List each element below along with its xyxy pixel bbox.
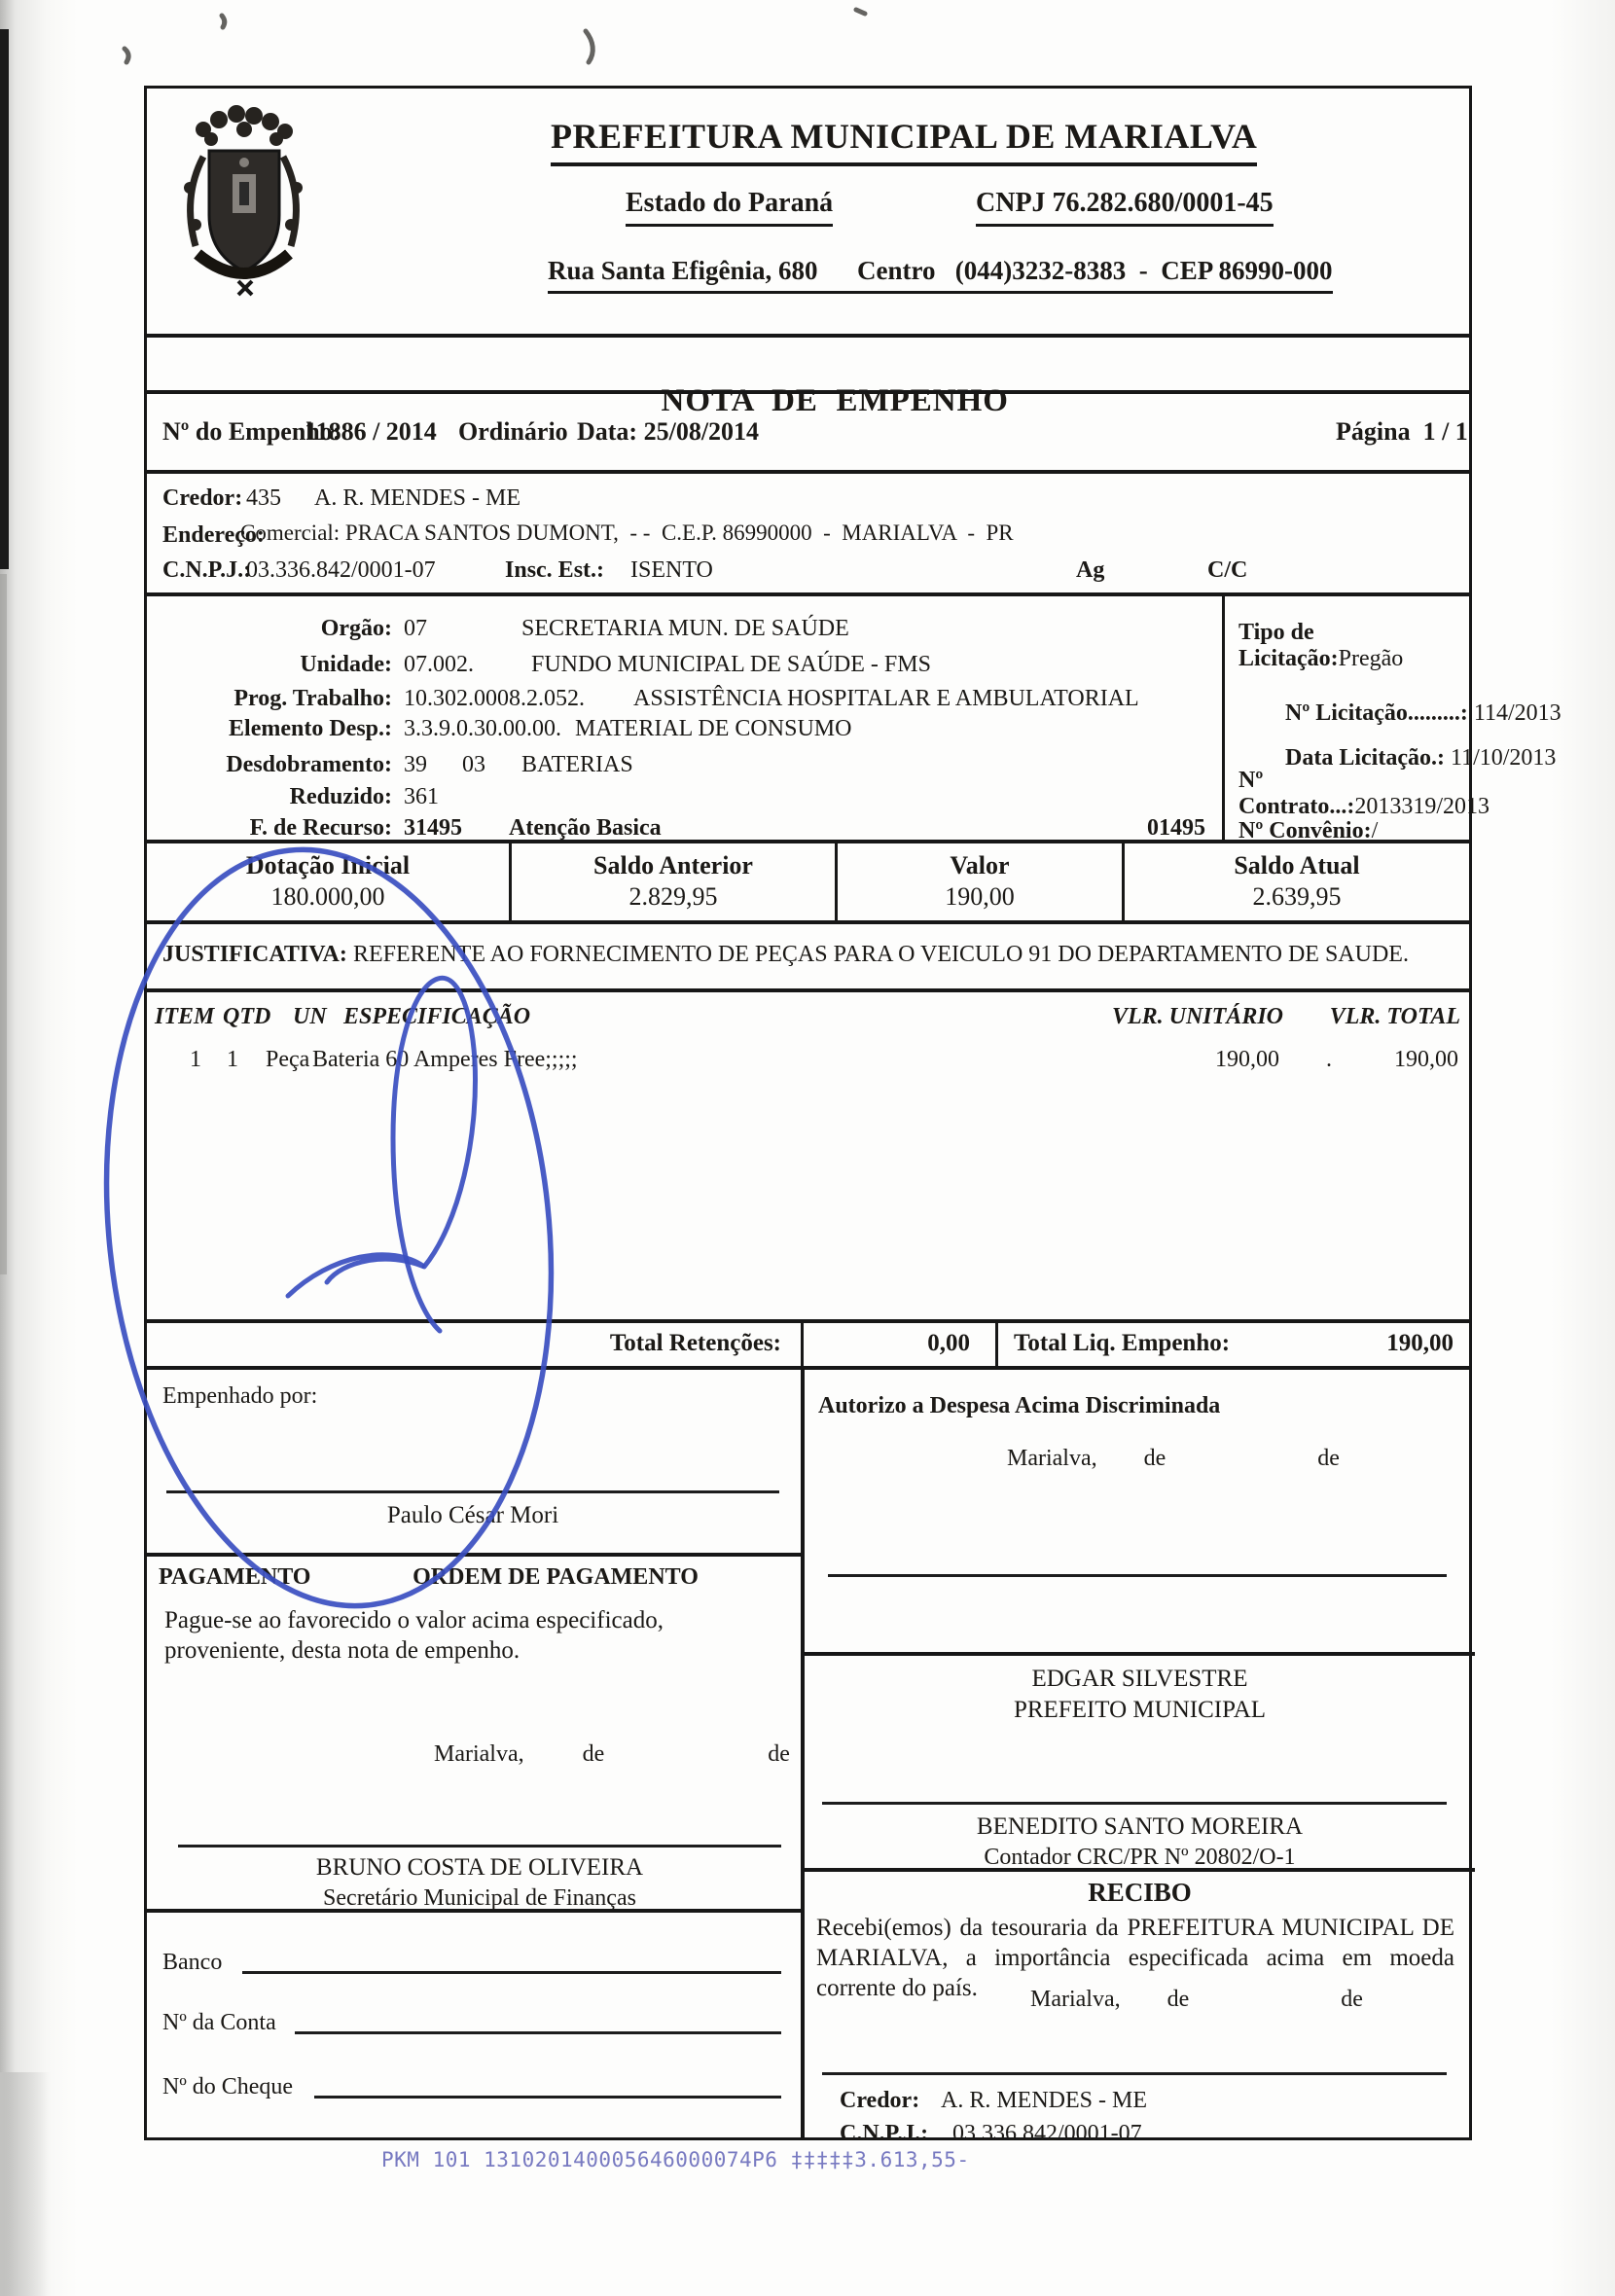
elemento-code: 3.3.9.0.30.00.00. <box>404 716 561 742</box>
left-divider-2 <box>147 1909 801 1913</box>
item-vlr-unitario: 190,00 <box>1120 1047 1279 1073</box>
credor-name: A. R. MENDES - ME <box>314 485 520 512</box>
column-divider <box>801 1370 805 2137</box>
pague-se-text: Pague-se ao favorecido o valor acima esp… <box>164 1605 787 1666</box>
saldo-atual-cell: Saldo Atual 2.639,95 <box>1122 843 1469 920</box>
recibo-credor-value: A. R. MENDES - ME <box>941 2088 1147 2114</box>
pagamento-label: PAGAMENTO <box>159 1564 310 1591</box>
saldo-atual-label: Saldo Atual <box>1125 851 1469 880</box>
saldo-anterior-label: Saldo Anterior <box>512 851 835 880</box>
dotacao-inicial-cell: Dotação Inicial 180.000,00 <box>147 843 509 920</box>
orgao-label: Orgão: <box>147 616 392 642</box>
stray-mark-apostrophe <box>222 16 225 27</box>
elemento-name: MATERIAL DE CONSUMO <box>575 716 851 742</box>
total-retencoes-label: Total Retenções: <box>147 1323 801 1366</box>
total-liq-cell: Total Liq. Empenho: 190,00 <box>995 1323 1469 1366</box>
cheque-fill-line <box>314 2096 781 2099</box>
signature-role-bruno: Secretário Municipal de Finanças <box>178 1885 781 1912</box>
items-header-un: UN <box>293 1004 327 1030</box>
saldo-anterior-cell: Saldo Anterior 2.829,95 <box>509 843 835 920</box>
orgao-name: SECRETARIA MUN. DE SAÚDE <box>521 616 849 642</box>
saldo-anterior-value: 2.829,95 <box>512 882 835 912</box>
licitacao-tipo-value: Pregão <box>1339 646 1404 671</box>
budget-row-orgao: Orgão: 07 SECRETARIA MUN. DE SAÚDE <box>147 616 1217 645</box>
signature-name-bruno: BRUNO COSTA DE OLIVEIRA <box>178 1854 781 1882</box>
budget-row-prog-trabalho: Prog. Trabalho: 10.302.0008.2.052. ASSIS… <box>147 686 1217 715</box>
right-divider-1 <box>805 1652 1475 1656</box>
coat-of-arms-icon <box>166 100 320 305</box>
dot-matrix-stamp: PKM 101 131020140005646000074P6 ‡‡‡‡‡3.6… <box>381 2148 970 2171</box>
values-row: Dotação Inicial 180.000,00 Saldo Anterio… <box>147 840 1469 920</box>
left-city-date-line: Marialva, de de <box>434 1741 790 1768</box>
address-line: Rua Santa Efigênia, 680 Centro (044)3232… <box>548 256 1333 294</box>
items-header-espec: ESPECIFICAÇÃO <box>343 1004 530 1030</box>
nota-de-empenho-document: PREFEITURA MUNICIPAL DE MARIALVA Estado … <box>144 86 1472 2140</box>
desdobramento-label: Desdobramento: <box>147 752 392 778</box>
endereco-value: Comercial: PRACA SANTOS DUMONT, - - C.E.… <box>240 520 1014 546</box>
dotacao-inicial-value: 180.000,00 <box>147 882 509 912</box>
orgao-code: 07 <box>404 616 427 642</box>
justificativa-label: JUSTIFICATIVA: <box>162 942 347 968</box>
contrato-numero: Nº Contrato...:2013319/2013 <box>1238 768 1489 820</box>
state-label: Estado do Paraná <box>626 188 833 227</box>
budget-row-desdobramento: Desdobramento: 39 03 BATERIAS <box>147 752 1217 781</box>
right-city-date-line-2: Marialva, de de <box>1030 1987 1363 2013</box>
recibo-credor-label: Credor: <box>840 2088 919 2114</box>
signature-line-bruno <box>178 1845 781 1848</box>
unidade-code: 07.002. <box>404 652 474 678</box>
licitacao-box-border <box>1222 596 1225 840</box>
insc-est-label: Insc. Est.: <box>505 557 604 584</box>
item-un: Peça <box>266 1047 309 1073</box>
municipality-title: PREFEITURA MUNICIPAL DE MARIALVA <box>551 116 1257 166</box>
stray-mark-top-left <box>125 49 128 62</box>
items-header-unit: VLR. UNITÁRIO <box>1110 1004 1283 1030</box>
ordem-pagamento-label: ORDEM DE PAGAMENTO <box>341 1564 770 1591</box>
valor-cell: Valor 190,00 <box>835 843 1122 920</box>
autorizo-label: Autorizo a Despesa Acima Discriminada <box>818 1393 1220 1419</box>
signature-line-empenhado <box>166 1490 779 1493</box>
item-especificacao: Bateria 60 Amperes Free;;;;; <box>312 1047 578 1073</box>
budget-row-unidade: Unidade: 07.002. FUNDO MUNICIPAL DE SAÚD… <box>147 652 1217 681</box>
stray-mark-dash <box>856 10 865 14</box>
page-indicator: Página 1 / 1 <box>1336 417 1468 447</box>
valor-value: 190,00 <box>838 882 1122 912</box>
prog-trabalho-label: Prog. Trabalho: <box>147 686 392 712</box>
item-number: 1 <box>184 1047 207 1073</box>
items-header-qtd: QTD <box>223 1004 270 1030</box>
valor-label: Valor <box>838 851 1122 880</box>
reduzido-code: 361 <box>404 784 439 810</box>
recurso-code-right: 01495 <box>1120 815 1205 842</box>
contrato-numero-value: 2013319/2013 <box>1354 794 1489 819</box>
signature-line-autorizo <box>828 1574 1447 1577</box>
signature-role-edgar: PREFEITO MUNICIPAL <box>805 1697 1475 1724</box>
cc-label: C/C <box>1207 557 1247 584</box>
conta-fill-line <box>295 2031 781 2034</box>
prog-trabalho-code: 10.302.0008.2.052. <box>404 686 585 712</box>
budget-section: Orgão: 07 SECRETARIA MUN. DE SAÚDE Unida… <box>147 592 1469 840</box>
recibo-cnpj-label: C.N.P.J.: <box>840 2121 928 2147</box>
right-divider-2 <box>805 1868 1475 1872</box>
saldo-atual-value: 2.639,95 <box>1125 882 1469 912</box>
credor-cnpj-value: 03.336.842/0001-07 <box>246 557 436 584</box>
signature-name-edgar: EDGAR SILVESTRE <box>805 1666 1475 1693</box>
licitacao-tipo-label: Tipo de Licitação: <box>1238 620 1339 671</box>
recurso-code: 31495 <box>404 815 462 842</box>
credor-section: Credor: 435 A. R. MENDES - ME Endereço: … <box>147 470 1469 592</box>
reduzido-label: Reduzido: <box>147 784 392 810</box>
recibo-cnpj-value: 03.336.842/0001-07 <box>952 2121 1142 2147</box>
totals-row: Total Retenções: 0,00 Total Liq. Empenho… <box>147 1319 1469 1366</box>
licitacao-tipo: Tipo de Licitação:Pregão <box>1238 620 1469 672</box>
item-qtd: 1 <box>221 1047 244 1073</box>
cnpj-label: CNPJ 76.282.680/0001-45 <box>976 188 1274 227</box>
empenho-date: Data: 25/08/2014 <box>577 417 759 447</box>
items-header-total: VLR. TOTAL <box>1324 1004 1460 1030</box>
banco-fill-line <box>242 1971 781 1974</box>
recurso-label: F. de Recurso: <box>147 815 392 842</box>
items-table: ITEM QTD UN ESPECIFICAÇÃO VLR. UNITÁRIO … <box>147 988 1469 1319</box>
total-retencoes-value: 0,00 <box>801 1323 995 1366</box>
total-liq-label: Total Liq. Empenho: <box>1014 1323 1230 1366</box>
cheque-label: Nº do Cheque <box>162 2074 293 2100</box>
recibo-title: RECIBO <box>805 1878 1475 1908</box>
total-liq-value: 190,00 <box>1386 1323 1453 1366</box>
desdobramento-codes: 39 03 <box>404 752 485 778</box>
justificativa-section: JUSTIFICATIVA: REFERENTE AO FORNECIMENTO… <box>147 920 1469 988</box>
scanned-page: PREFEITURA MUNICIPAL DE MARIALVA Estado … <box>0 0 1615 2296</box>
signature-name-paulo: Paulo César Mori <box>166 1502 779 1529</box>
signature-line-recibo <box>822 2072 1447 2075</box>
banco-label: Banco <box>162 1950 222 1976</box>
item-vlr-total: 190,00 <box>1324 1047 1458 1073</box>
justificativa-text: REFERENTE AO FORNECIMENTO DE PEÇAS PARA … <box>353 942 1409 968</box>
stray-mark-top-center <box>586 31 592 62</box>
credor-code: 435 <box>246 485 281 512</box>
prog-trabalho-name: ASSISTÊNCIA HOSPITALAR E AMBULATORIAL <box>633 686 1139 712</box>
scan-corner-smudge <box>0 2072 51 2296</box>
left-divider-1 <box>147 1553 801 1557</box>
budget-row-reduzido: Reduzido: 361 <box>147 784 1217 813</box>
empenho-number-row: Nº do Empenho: 11886 / 2014 Ordinário Da… <box>147 390 1469 470</box>
empenho-number-value: 11886 / 2014 <box>305 417 437 447</box>
right-city-date-line-1: Marialva, de de <box>1007 1446 1340 1472</box>
scan-edge-shadow <box>0 29 9 569</box>
desdobramento-name: BATERIAS <box>521 752 633 778</box>
signature-name-benedito: BENEDITO SANTO MOREIRA <box>805 1813 1475 1841</box>
insc-est-value: ISENTO <box>630 557 713 584</box>
unidade-label: Unidade: <box>147 652 392 678</box>
document-title-bar: NOTA DE EMPENHO <box>147 334 1469 390</box>
scan-edge-shadow-2 <box>0 574 7 1274</box>
dotacao-inicial-label: Dotação Inicial <box>147 851 509 880</box>
recurso-name: Atenção Basica <box>509 815 662 842</box>
stray-pen-marks <box>125 10 865 62</box>
budget-row-elemento: Elemento Desp.: 3.3.9.0.30.00.00. MATERI… <box>147 716 1217 745</box>
signature-line-benedito <box>822 1802 1447 1805</box>
conta-label: Nº da Conta <box>162 2010 276 2036</box>
credor-label: Credor: <box>162 485 242 512</box>
contrato-numero-label: Nº Contrato...: <box>1238 768 1354 819</box>
credor-cnpj-label: C.N.P.J.: <box>162 557 251 584</box>
items-header-item: ITEM <box>155 1004 214 1030</box>
ag-label: Ag <box>1076 557 1104 584</box>
empenhado-por-label: Empenhado por: <box>162 1383 317 1410</box>
elemento-label: Elemento Desp.: <box>147 716 392 742</box>
signature-role-benedito: Contador CRC/PR Nº 20802/O-1 <box>805 1845 1475 1871</box>
document-header: PREFEITURA MUNICIPAL DE MARIALVA Estado … <box>147 89 1469 334</box>
signatures-section: Empenhado por: Paulo César Mori PAGAMENT… <box>147 1366 1469 2137</box>
unidade-name: FUNDO MUNICIPAL DE SAÚDE - FMS <box>531 652 931 678</box>
empenho-type: Ordinário <box>458 417 568 447</box>
